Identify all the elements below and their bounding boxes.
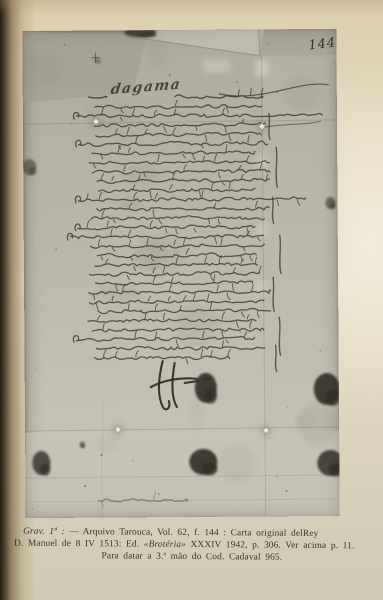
caption-line-2-prefix: D. Manuel de 8 IV 1513: Ed. <box>14 539 144 550</box>
caption-plate-label: Grav. 1ª : <box>23 527 65 537</box>
plate-caption: Grav. 1ª : — Arquivo Tarouca, Vol. 62, f… <box>14 527 370 566</box>
book-page: 144 dagama Grav. 1ª : — Arquivo Tarouca,… <box>0 0 383 600</box>
manuscript-photo-artwork <box>22 29 339 518</box>
caption-journal-title: «Brotéria» <box>144 540 186 550</box>
repair-patches <box>203 58 271 293</box>
caption-line-2-suffix: XXXIV 1942, p. 306. Ver acima p. 11. <box>186 540 355 551</box>
folio-number: 144 <box>308 36 337 54</box>
caption-line-1-text: — Arquivo Tarouca, Vol. 62, f. 144 : Car… <box>69 527 318 539</box>
manuscript-photograph: 144 dagama <box>22 29 339 518</box>
